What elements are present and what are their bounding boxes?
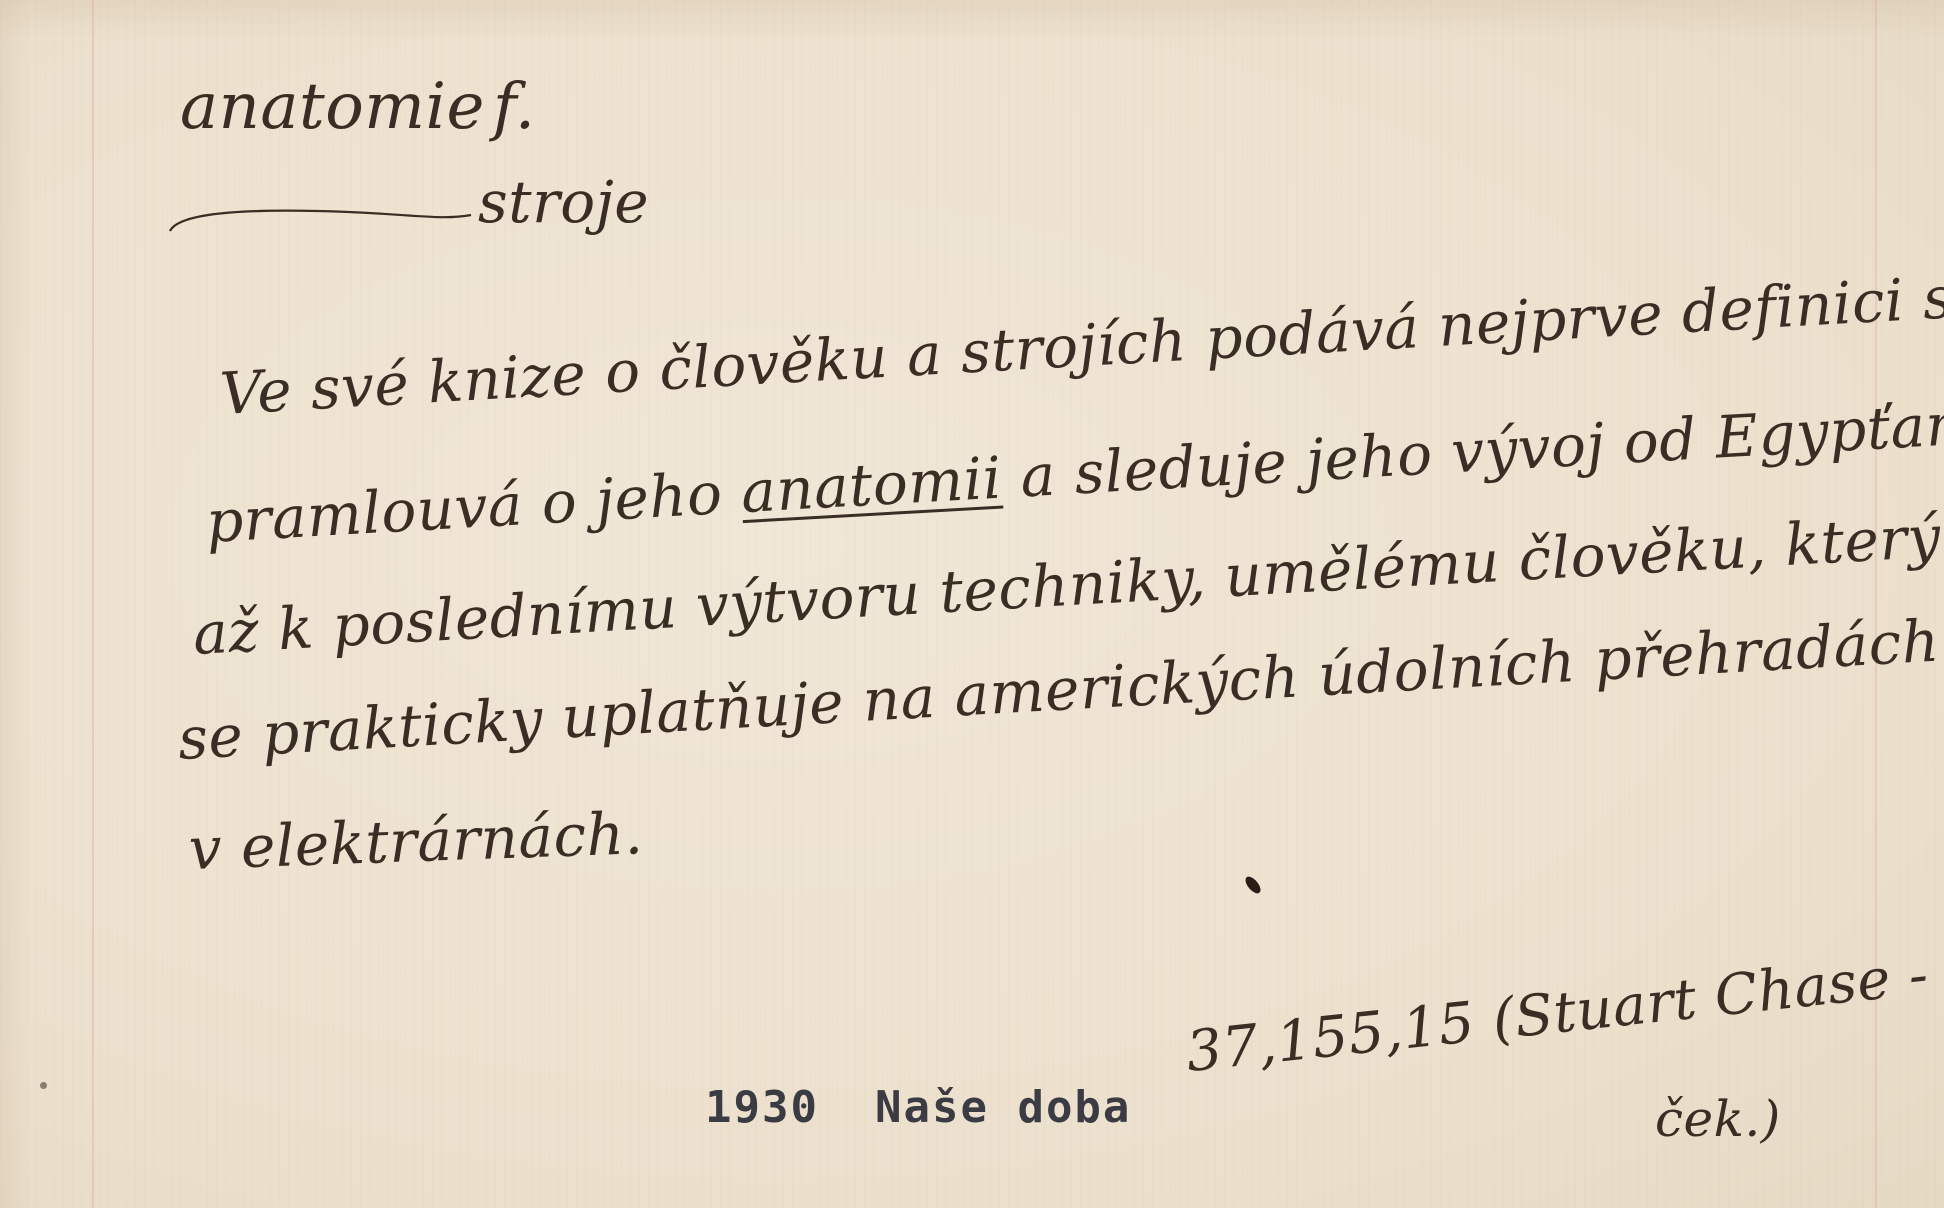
paper-speck: [40, 1082, 47, 1089]
underlined-keyword: anatomii: [739, 444, 1003, 526]
source-reference: 37,155,15: [1183, 990, 1478, 1085]
excerpt-line-1: Ve své knize o člověku a strojích podává…: [218, 254, 1944, 428]
excerpt-text: pramlouvá o jeho: [204, 459, 724, 556]
source-publication: Naše doba: [875, 1082, 1131, 1133]
headword-text: anatomie: [180, 70, 485, 144]
headword: anatomief.: [180, 70, 536, 144]
ink-blot: [1243, 874, 1264, 896]
excerpt-line-5: v elektrárnách.: [188, 799, 645, 883]
ruling-line: [1875, 0, 1877, 1208]
excerpt-text: a sleduje jeho vývoj od Egypťanů: [1019, 388, 1944, 511]
source-year: 1930: [705, 1082, 819, 1133]
grammatical-gender: f.: [493, 70, 536, 144]
subentry: stroje: [478, 168, 649, 236]
source-citation: 37,155,15 (Stuart Chase - V. Rohá-: [1183, 916, 1944, 1085]
excerpt-card: anatomief. stroje Ve své knize o člověku…: [0, 0, 1944, 1208]
swung-dash-icon: [168, 205, 473, 235]
author-note-continued: ček.): [1655, 1090, 1781, 1148]
ruling-line: [92, 0, 94, 1208]
